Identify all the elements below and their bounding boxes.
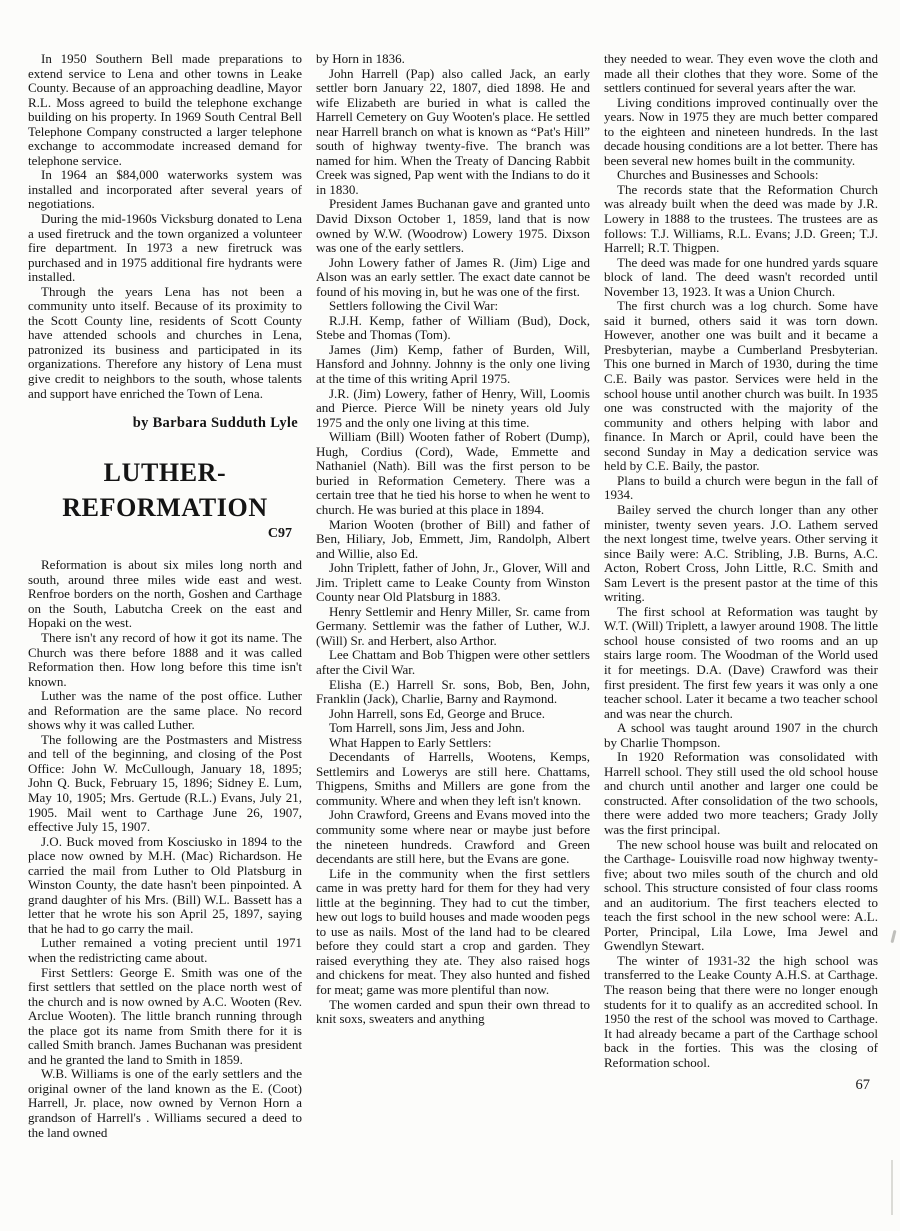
paragraph: Lee Chattam and Bob Thigpen were other s… (316, 648, 590, 677)
paragraph: Decendants of Harrells, Wootens, Kemps, … (316, 750, 590, 808)
paragraph: The new school house was built and reloc… (604, 838, 878, 954)
paragraph: J.R. (Jim) Lowery, father of Henry, Will… (316, 387, 590, 431)
paragraph: J.O. Buck moved from Kosciusko in 1894 t… (28, 835, 302, 937)
column-2: by Horn in 1836.John Harrell (Pap) also … (316, 52, 590, 1140)
document-page: In 1950 Southern Bell made preparations … (0, 0, 900, 1231)
paragraph: First Settlers: George E. Smith was one … (28, 966, 302, 1068)
article-title: LUTHER-REFORMATIONC97 (28, 455, 302, 542)
paragraph: President James Buchanan gave and grante… (316, 197, 590, 255)
paragraph: R.J.H. Kemp, father of William (Bud), Do… (316, 314, 590, 343)
paragraph: John Triplett, father of John, Jr., Glov… (316, 561, 590, 605)
scan-artifact-line (891, 1160, 893, 1215)
paragraph: The deed was made for one hundred yards … (604, 256, 878, 300)
paragraph: John Harrell (Pap) also called Jack, an … (316, 67, 590, 198)
paragraph: The first church was a log church. Some … (604, 299, 878, 474)
scan-artifact-mark (890, 930, 896, 943)
paragraph: In 1964 an $84,000 waterworks system was… (28, 168, 302, 212)
paragraph: Reformation is about six miles long nort… (28, 558, 302, 631)
paragraph: Bailey served the church longer than any… (604, 503, 878, 605)
paragraph: they needed to wear. They even wove the … (604, 52, 878, 96)
paragraph: A school was taught around 1907 in the c… (604, 721, 878, 750)
paragraph: Elisha (E.) Harrell Sr. sons, Bob, Ben, … (316, 678, 590, 707)
paragraph: During the mid-1960s Vicksburg donated t… (28, 212, 302, 285)
paragraph: Marion Wooten (brother of Bill) and fath… (316, 518, 590, 562)
paragraph: Luther was the name of the post office. … (28, 689, 302, 733)
paragraph: Churches and Businesses and Schools: (604, 168, 878, 183)
paragraph: Tom Harrell, sons Jim, Jess and John. (316, 721, 590, 736)
paragraph: William (Bill) Wooten father of Robert (… (316, 430, 590, 517)
paragraph: Plans to build a church were begun in th… (604, 474, 878, 503)
page-number: 67 (604, 1078, 878, 1093)
paragraph: Settlers following the Civil War: (316, 299, 590, 314)
article-title-line: REFORMATION (28, 490, 302, 525)
paragraph: There isn't any record of how it got its… (28, 631, 302, 689)
paragraph: The following are the Postmasters and Mi… (28, 733, 302, 835)
column-1: In 1950 Southern Bell made preparations … (28, 52, 302, 1140)
article-title-line: LUTHER- (28, 455, 302, 490)
column-3: they needed to wear. They even wove the … (604, 52, 878, 1140)
paragraph: John Harrell, sons Ed, George and Bruce. (316, 707, 590, 722)
paragraph: In 1950 Southern Bell made preparations … (28, 52, 302, 168)
paragraph: The women carded and spun their own thre… (316, 998, 590, 1027)
paragraph: What Happen to Early Settlers: (316, 736, 590, 751)
paragraph: John Crawford, Greens and Evans moved in… (316, 808, 590, 866)
paragraph: Through the years Lena has not been a co… (28, 285, 302, 401)
article-code: C97 (28, 527, 292, 542)
column-layout: In 1950 Southern Bell made preparations … (28, 52, 878, 1140)
paragraph: In 1920 Reformation was consolidated wit… (604, 750, 878, 837)
paragraph: The winter of 1931-32 the high school wa… (604, 954, 878, 1070)
paragraph: W.B. Williams is one of the early settle… (28, 1067, 302, 1140)
paragraph: Luther remained a voting precient until … (28, 936, 302, 965)
paragraph: The first school at Reformation was taug… (604, 605, 878, 721)
paragraph: by Horn in 1836. (316, 52, 590, 67)
paragraph: James (Jim) Kemp, father of Burden, Will… (316, 343, 590, 387)
paragraph: Henry Settlemir and Henry Miller, Sr. ca… (316, 605, 590, 649)
paragraph: John Lowery father of James R. (Jim) Lig… (316, 256, 590, 300)
paragraph: The records state that the Reformation C… (604, 183, 878, 256)
byline: by Barbara Sudduth Lyle (28, 416, 298, 431)
paragraph: Life in the community when the first set… (316, 867, 590, 998)
paragraph: Living conditions improved continually o… (604, 96, 878, 169)
